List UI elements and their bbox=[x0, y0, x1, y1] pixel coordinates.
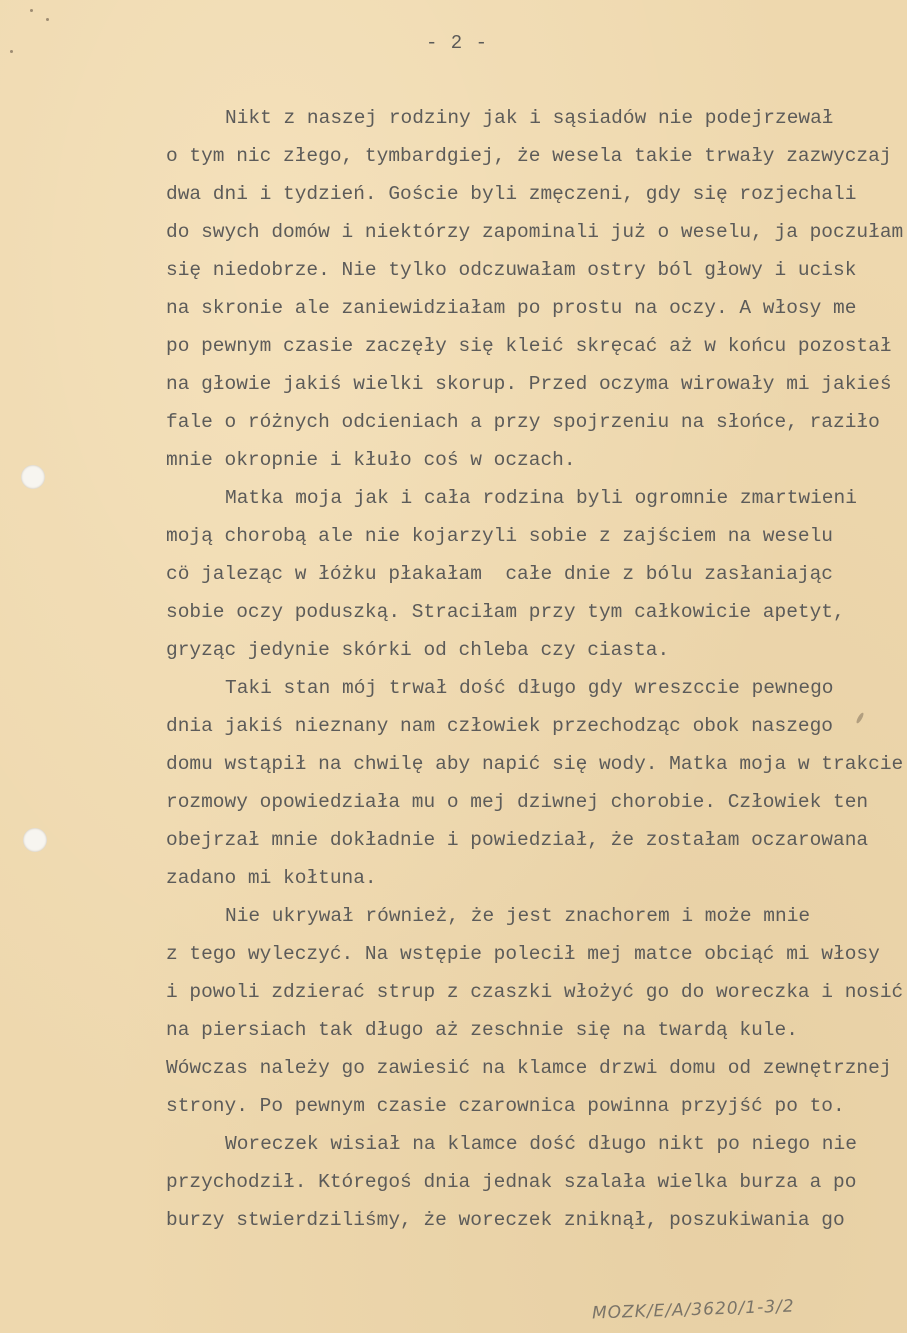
text-line: domu wstąpił na chwilę aby napić się wod… bbox=[166, 752, 903, 776]
text-line: mnie okropnie i kłuło coś w oczach. bbox=[166, 448, 576, 472]
text-line: się niedobrze. Nie tylko odczuwałam ostr… bbox=[166, 258, 856, 282]
page-number: - 2 - bbox=[426, 32, 488, 54]
paragraph-first-line: Nie ukrywał również, że jest znachorem i… bbox=[225, 904, 810, 928]
paragraph-first-line: Woreczek wisiał na klamce dość długo nik… bbox=[225, 1132, 857, 1156]
text-line: dwa dni i tydzień. Goście byli zmęczeni,… bbox=[166, 182, 856, 206]
paragraph-first-line: Matka moja jak i cała rodzina byli ogrom… bbox=[225, 486, 857, 510]
text-line: o tym nic złego, tymbardgiej, że wesela … bbox=[166, 144, 892, 168]
text-line: zadano mi kołtuna. bbox=[166, 866, 377, 890]
text-line: fale o różnych odcieniach a przy spojrze… bbox=[166, 410, 880, 434]
text-line: strony. Po pewnym czasie czarownica powi… bbox=[166, 1094, 845, 1118]
text-line: do swych domów i niektórzy zapominali ju… bbox=[166, 220, 903, 244]
text-line: na piersiach tak długo aż zeschnie się n… bbox=[166, 1018, 798, 1042]
text-line: przychodził. Któregoś dnia jednak szalał… bbox=[166, 1170, 856, 1194]
text-line: gryząc jedynie skórki od chleba czy cias… bbox=[166, 638, 669, 662]
paragraph-first-line: Nikt z naszej rodziny jak i sąsiadów nie… bbox=[225, 106, 834, 130]
text-line: rozmowy opowiedziała mu o mej dziwnej ch… bbox=[166, 790, 868, 814]
punch-hole-top bbox=[21, 465, 45, 489]
punch-hole-bottom bbox=[23, 828, 47, 852]
text-line: burzy stwierdziliśmy, że woreczek znikną… bbox=[166, 1208, 845, 1232]
text-line: na głowie jakiś wielki skorup. Przed ocz… bbox=[166, 372, 892, 396]
ink-speck bbox=[46, 18, 49, 21]
paragraph-first-line: Taki stan mój trwał dość długo gdy wresz… bbox=[225, 676, 834, 700]
text-line: po pewnym czasie zaczęły się kleić skręc… bbox=[166, 334, 892, 358]
text-line: i powoli zdzierać strup z czaszki włożyć… bbox=[166, 980, 903, 1004]
text-line: cö jaleząc w łóżku płakałam całe dnie z … bbox=[166, 562, 833, 586]
ink-speck bbox=[30, 9, 33, 12]
text-line: moją chorobą ale nie kojarzyli sobie z z… bbox=[166, 524, 833, 548]
text-line: dnia jakiś nieznany nam człowiek przecho… bbox=[166, 714, 833, 738]
text-line: na skronie ale zaniewidziałam po prostu … bbox=[166, 296, 856, 320]
text-line: z tego wyleczyć. Na wstępie polecił mej … bbox=[166, 942, 880, 966]
text-line: sobie oczy poduszką. Straciłam przy tym … bbox=[166, 600, 845, 624]
text-line: obejrzał mnie dokładnie i powiedział, że… bbox=[166, 828, 868, 852]
ink-speck bbox=[10, 50, 13, 53]
text-line: Wówczas należy go zawiesić na klamce drz… bbox=[166, 1056, 892, 1080]
